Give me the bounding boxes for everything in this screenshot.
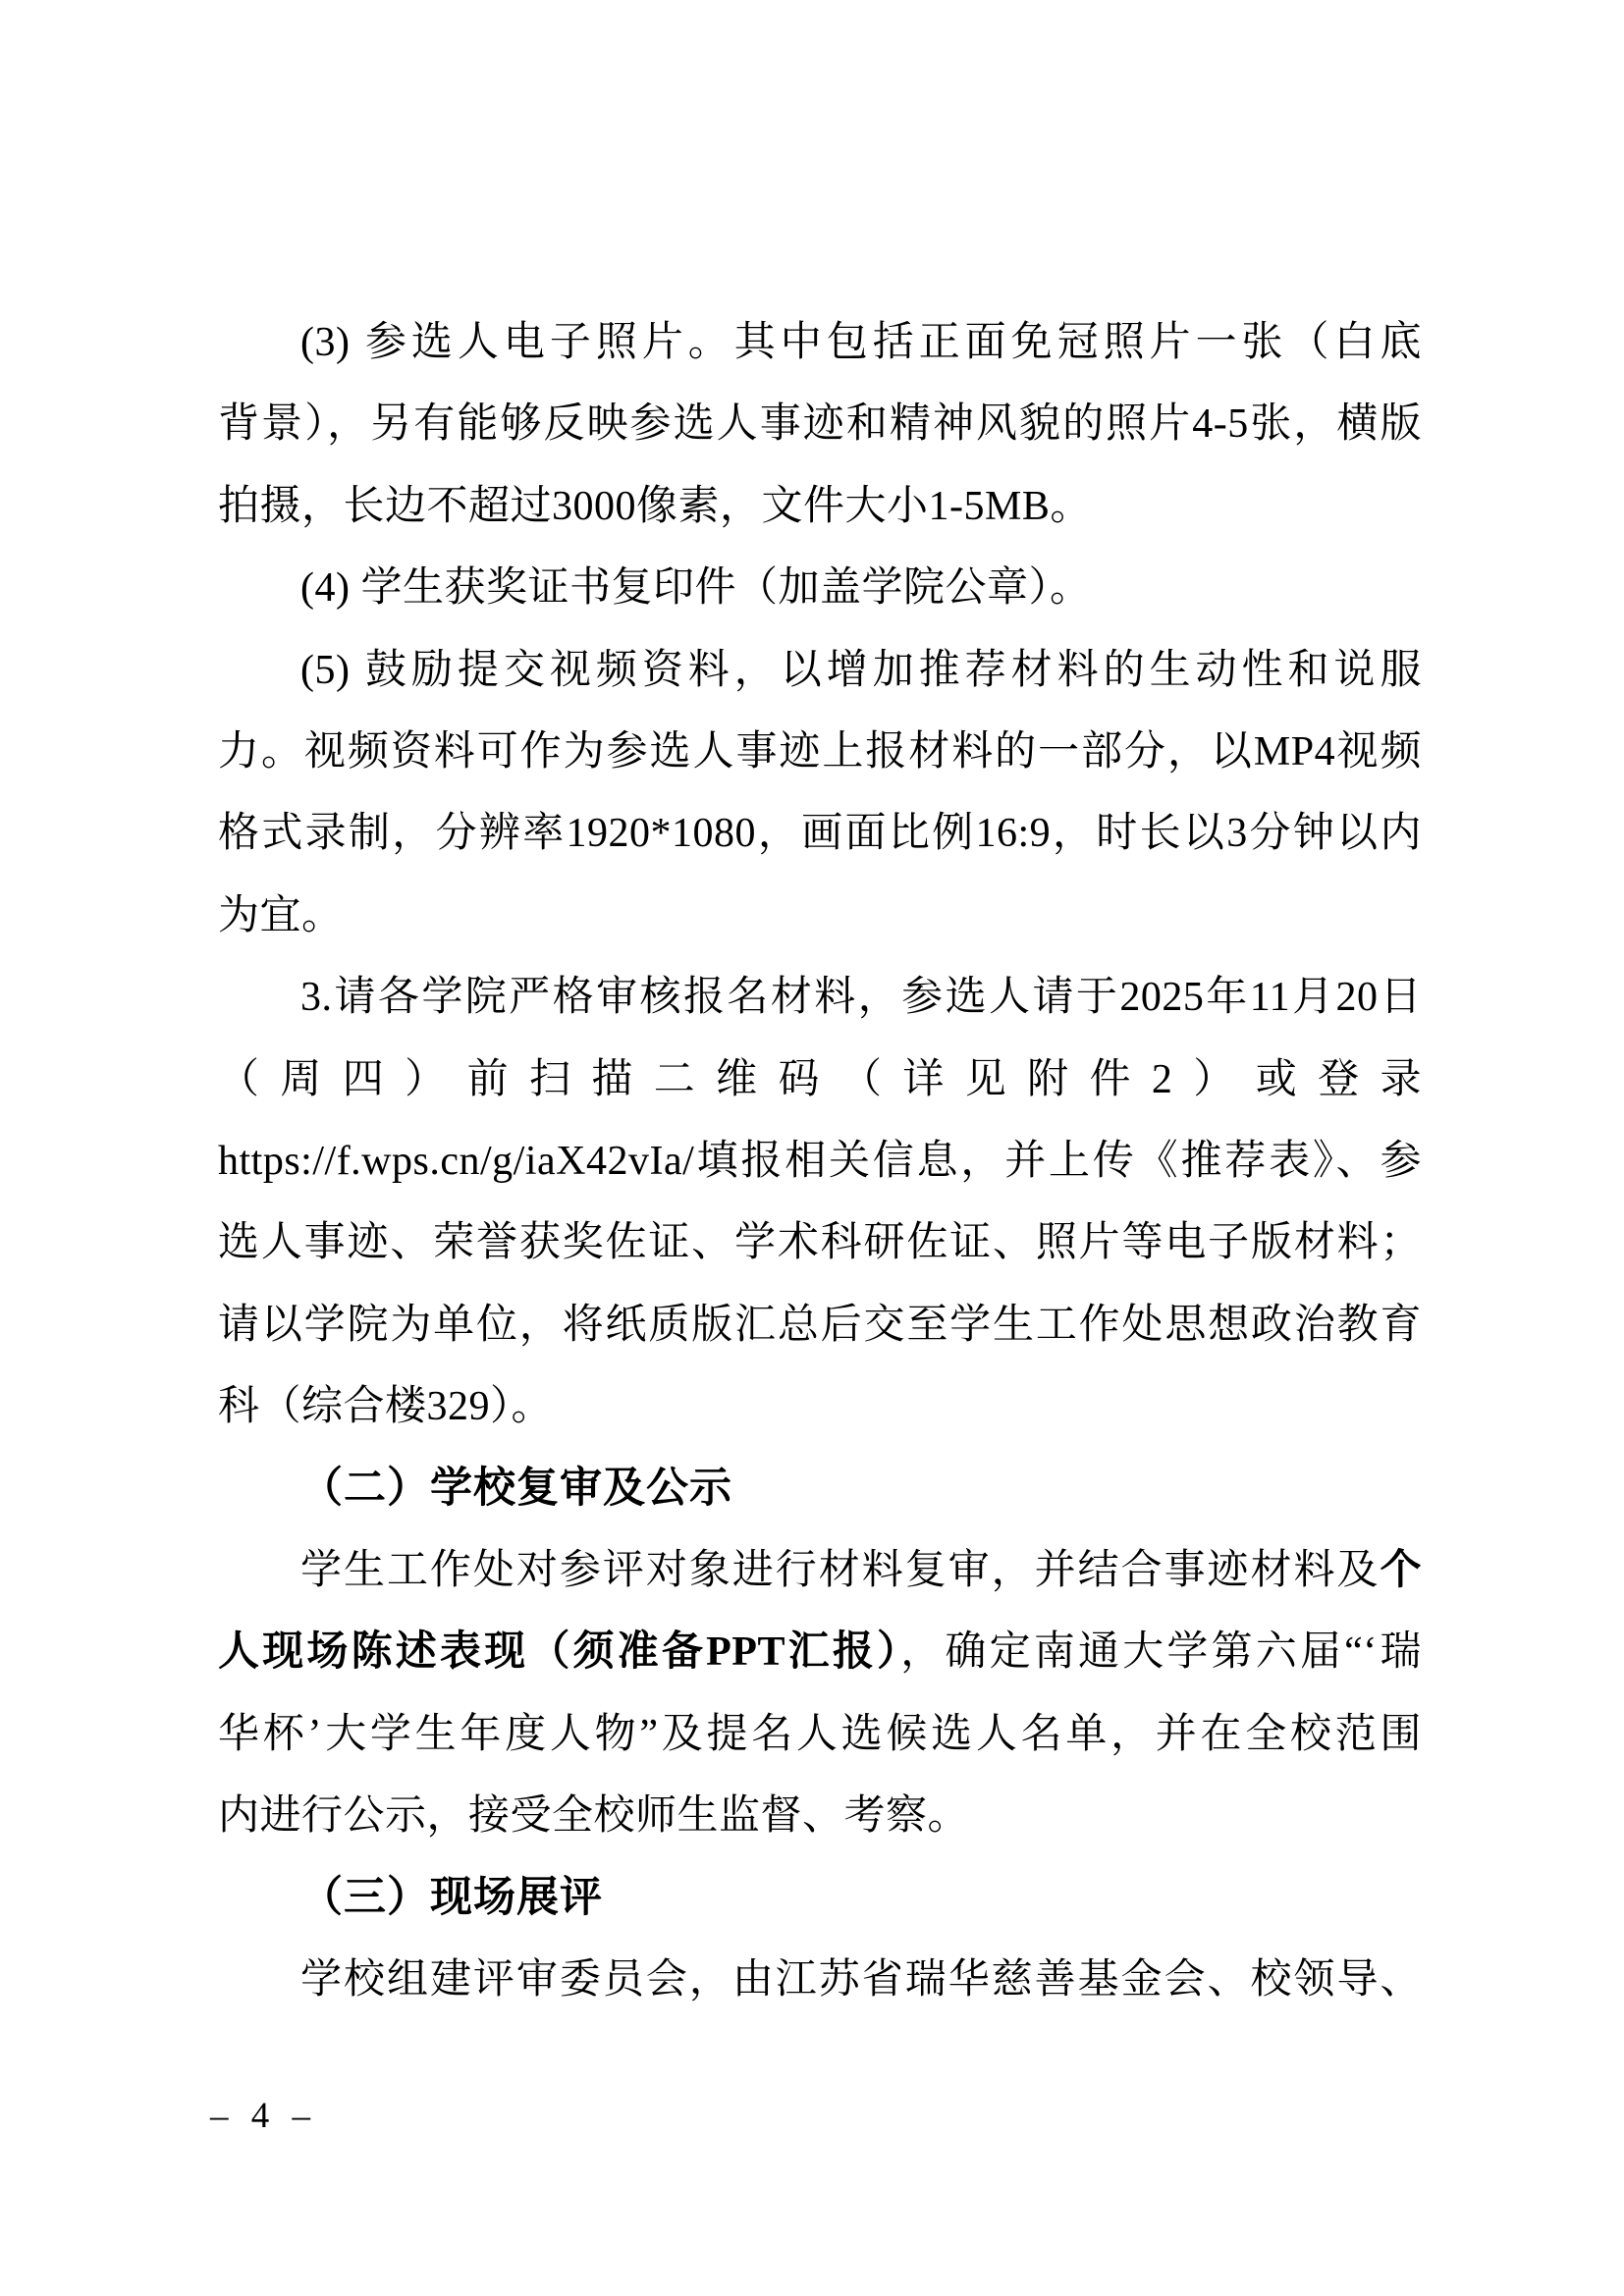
document-page: (3) 参选人电子照片。其中包括正面免冠照片一张（白底背景），另有能够反映参选人… bbox=[0, 0, 1624, 2296]
text-segment: 华杯’大学生年度人物”及提名人选候选人名单，并在全校范围 bbox=[218, 1712, 1422, 1757]
text-segment: （周四）前扫描二维码（详见附件2）或登录 bbox=[218, 1057, 1422, 1102]
text-line: https://f.wps.cn/g/iaX42vIa/填报相关信息，并上传《推… bbox=[218, 1121, 1422, 1202]
text-line: (4) 学生获奖证书复印件（加盖学院公章）。 bbox=[218, 548, 1422, 629]
text-line: 华杯’大学生年度人物”及提名人选候选人名单，并在全校范围 bbox=[218, 1694, 1422, 1776]
text-line: 背景），另有能够反映参选人事迹和精神风貌的照片4-5张，横版 bbox=[218, 384, 1422, 465]
text-segment: 科（综合楼329）。 bbox=[218, 1384, 553, 1429]
text-line: 为宜。 bbox=[218, 876, 1422, 957]
text-line: 请以学院为单位，将纸质版汇总后交至学生工作处思想政治教育 bbox=[218, 1285, 1422, 1366]
text-line: (5) 鼓励提交视频资料，以增加推荐材料的生动性和说服 bbox=[218, 630, 1422, 712]
text-line: 拍摄，长边不超过3000像素，文件大小1-5MB。 bbox=[218, 466, 1422, 548]
text-line: （周四）前扫描二维码（详见附件2）或登录 bbox=[218, 1040, 1422, 1121]
page-number: – 4 – bbox=[210, 2097, 311, 2136]
text-block: (3) 参选人电子照片。其中包括正面免冠照片一张（白底背景），另有能够反映参选人… bbox=[218, 302, 1422, 2021]
text-line: 3.请各学院严格审核报名材料，参选人请于2025年11月20日 bbox=[218, 957, 1422, 1039]
text-line: 选人事迹、荣誉获奖佐证、学术科研佐证、照片等电子版材料； bbox=[218, 1202, 1422, 1284]
text-segment: 力。视频资料可作为参选人事迹上报材料的一部分，以MP4视频 bbox=[218, 729, 1422, 774]
text-line: 内进行公示，接受全校师生监督、考察。 bbox=[218, 1776, 1422, 1857]
section-heading: （三）现场展评 bbox=[218, 1857, 1422, 1939]
text-segment: 3.请各学院严格审核报名材料，参选人请于2025年11月20日 bbox=[300, 975, 1422, 1020]
text-segment: 学生工作处对参评对象进行材料复审，并结合事迹材料及 bbox=[300, 1548, 1380, 1593]
text-line: 学校组建评审委员会，由江苏省瑞华慈善基金会、校领导、 bbox=[218, 1940, 1422, 2021]
text-segment: 内进行公示，接受全校师生监督、考察。 bbox=[218, 1793, 969, 1839]
text-segment: 格式录制，分辨率1920*1080，画面比例16:9，时长以3分钟以内 bbox=[218, 811, 1422, 856]
section-heading: （二）学校复审及公示 bbox=[218, 1448, 1422, 1529]
bold-text-segment: （二）学校复审及公示 bbox=[300, 1465, 732, 1512]
text-segment: 学校组建评审委员会，由江苏省瑞华慈善基金会、校领导、 bbox=[300, 1957, 1422, 2002]
text-segment: (4) 学生获奖证书复印件（加盖学院公章）。 bbox=[300, 565, 1091, 611]
text-line: (3) 参选人电子照片。其中包括正面免冠照片一张（白底 bbox=[218, 302, 1422, 384]
bold-text-segment: （三）现场展评 bbox=[300, 1874, 603, 1921]
bold-text-segment: 个 bbox=[1380, 1548, 1422, 1593]
text-segment: (3) 参选人电子照片。其中包括正面免冠照片一张（白底 bbox=[300, 320, 1422, 365]
bold-text-segment: 人现场陈述表现（须准备PPT汇报） bbox=[218, 1629, 900, 1675]
text-line: 格式录制，分辨率1920*1080，画面比例16:9，时长以3分钟以内 bbox=[218, 793, 1422, 875]
text-line: 人现场陈述表现（须准备PPT汇报），确定南通大学第六届“‘瑞 bbox=[218, 1612, 1422, 1693]
text-segment: 选人事迹、荣誉获奖佐证、学术科研佐证、照片等电子版材料； bbox=[218, 1220, 1422, 1265]
text-segment: 拍摄，长边不超过3000像素，文件大小1-5MB。 bbox=[218, 484, 1092, 529]
text-segment: https://f.wps.cn/g/iaX42vIa/填报相关信息，并上传《推… bbox=[218, 1139, 1422, 1184]
text-line: 学生工作处对参评对象进行材料复审，并结合事迹材料及个 bbox=[218, 1530, 1422, 1612]
text-segment: ，确定南通大学第六届“‘瑞 bbox=[900, 1629, 1422, 1675]
text-segment: (5) 鼓励提交视频资料，以增加推荐材料的生动性和说服 bbox=[300, 648, 1422, 693]
text-line: 力。视频资料可作为参选人事迹上报材料的一部分，以MP4视频 bbox=[218, 712, 1422, 793]
text-segment: 请以学院为单位，将纸质版汇总后交至学生工作处思想政治教育 bbox=[218, 1303, 1422, 1348]
text-segment: 为宜。 bbox=[218, 893, 344, 938]
text-segment: 背景），另有能够反映参选人事迹和精神风貌的照片4-5张，横版 bbox=[218, 401, 1422, 447]
text-line: 科（综合楼329）。 bbox=[218, 1366, 1422, 1448]
